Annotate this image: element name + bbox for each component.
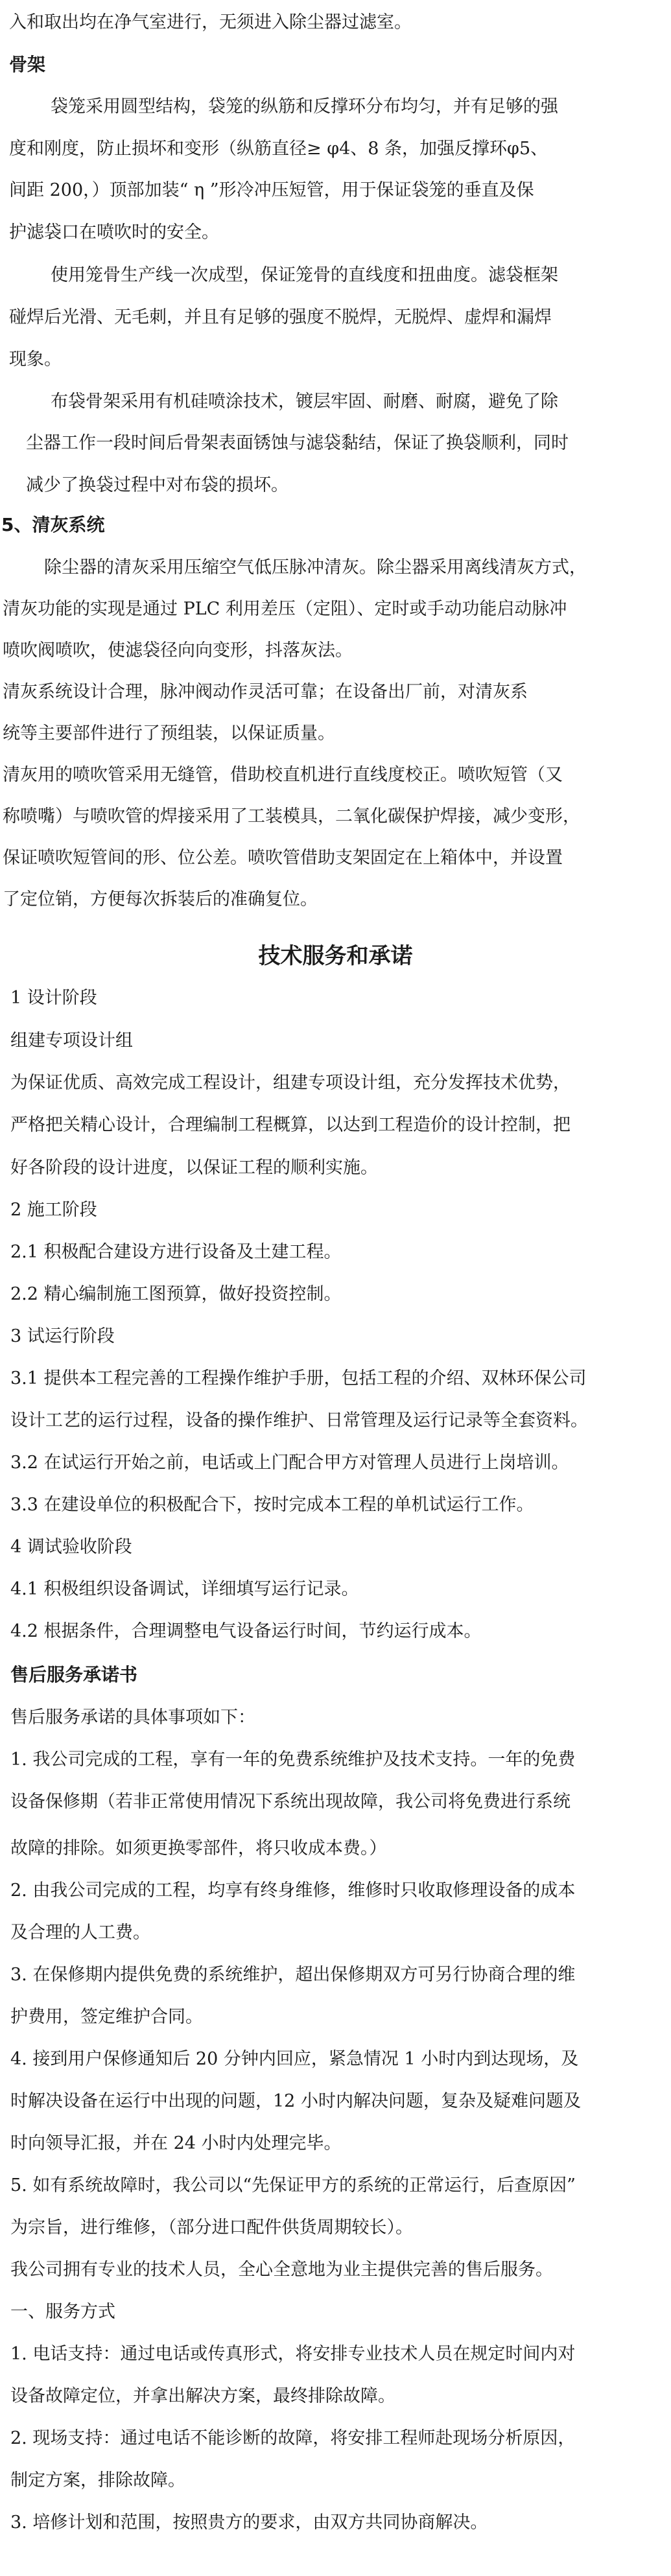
- after-sales-line: 设备故障定位，并拿出解决方案，最终排除故障。: [10, 2385, 395, 2408]
- after-sales-line: 4. 接到用户保修通知后 20 分钟内回应，紧急情况 1 小时内到达现场，及: [10, 2048, 578, 2071]
- paragraph-line: 间距 200，）顶部加装“ η ”形冷冲压短管，用于保证袋笼的垂直及保: [9, 179, 534, 202]
- paragraph-line: 清灰用的喷吹管采用无缝管，借助校直机进行直线度校正。喷吹短管（又: [3, 764, 563, 787]
- service-line: 好各阶段的设计进度，以保证工程的顺利实施。: [10, 1156, 378, 1180]
- after-sales-line: 2. 现场支持：通过电话不能诊断的故障，将安排工程师赴现场分析原因，: [10, 2427, 575, 2450]
- section-heading-after-sales: 售后服务承诺书: [10, 1663, 137, 1687]
- after-sales-line: 1. 电话支持：通过电话或传真形式，将安排专业技术人员在规定时间内对: [10, 2343, 575, 2366]
- service-line: 2.2 精心编制施工图预算，做好投资控制。: [10, 1283, 342, 1306]
- paragraph-line: 除尘器的清灰采用压缩空气低压脉冲清灰。除尘器采用离线清灰方式，: [44, 556, 587, 580]
- section-heading-frame: 、骨架: [0, 53, 45, 76]
- after-sales-line: 5. 如有系统故障时，我公司以“先保证甲方的系统的正常运行，后查原因”: [10, 2174, 576, 2197]
- service-line: 4.2 根据条件，合理调整电气设备运行时间，节约运行成本。: [10, 1620, 482, 1643]
- after-sales-line: 护费用，签定维护合同。: [10, 2006, 203, 2029]
- service-line: 为保证优质、高效完成工程设计，组建专项设计组，充分发挥技术优势，: [10, 1071, 571, 1095]
- service-line: 2 施工阶段: [10, 1199, 97, 1222]
- paragraph-line: 护滤袋口在喷吹时的安全。: [9, 221, 219, 244]
- service-line: 3.3 在建设单位的积极配合下，按时完成本工程的单机试运行工作。: [10, 1493, 534, 1517]
- service-line: 3.2 在试运行开始之前，电话或上门配合甲方对管理人员进行上岗培训。: [10, 1451, 569, 1475]
- paragraph-line: 袋笼采用圆型结构，袋笼的纵筋和反撑环分布均匀，并有足够的强: [51, 95, 558, 119]
- after-sales-line: 制定方案，排除故障。: [10, 2469, 185, 2492]
- paragraph-line: 喷吹阀喷吹，使滤袋径向向变形，抖落灰法。: [3, 639, 353, 662]
- after-sales-line: 3. 在保修期内提供免费的系统维护，超出保修期双方可另行协商合理的维: [10, 1963, 575, 1987]
- paragraph-line: 减少了换袋过程中对布袋的损坏。: [26, 474, 288, 497]
- paragraph-line: 清灰功能的实现是通过 PLC 利用差压（定阻）、定时或手动功能启动脉冲: [3, 598, 567, 621]
- paragraph-line: 了定位销，方便每次拆装后的准确复位。: [3, 888, 318, 911]
- service-line: 1 设计阶段: [10, 987, 97, 1010]
- section-heading-cleaning: 5、清灰系统: [1, 513, 104, 537]
- after-sales-line: 3. 培修计划和范围，按照贵方的要求，由双方共同协商解决。: [10, 2511, 488, 2535]
- continuation-text: 入和取出均在净气室进行，无须进入除尘器过滤室。: [9, 11, 412, 34]
- paragraph-line: 度和刚度，防止损坏和变形（纵筋直径≥ φ4、8 条，加强反撑环φ5、: [9, 137, 548, 161]
- paragraph-line: 保证喷吹短管间的形、位公差。喷吹管借助支架固定在上箱体中，并设置: [3, 847, 563, 870]
- service-line: 严格把关精心设计，合理编制工程概算，以达到工程造价的设计控制，把: [10, 1114, 571, 1137]
- service-line: 4 调试验收阶段: [10, 1536, 132, 1559]
- paragraph-line: 使用笼骨生产线一次成型，保证笼骨的直线度和扭曲度。滤袋框架: [51, 264, 558, 287]
- service-line: 2.1 积极配合建设方进行设备及土建工程。: [10, 1241, 342, 1264]
- service-line: 设计工艺的运行过程，设备的操作维护、日常管理及运行记录等全套资料。: [10, 1409, 588, 1433]
- after-sales-line: 2. 由我公司完成的工程，均享有终身维修，维修时只收取修理设备的成本: [10, 1879, 575, 1903]
- after-sales-line: 时向领导汇报，并在 24 小时内处理完毕。: [10, 2132, 342, 2155]
- paragraph-line: 现象。: [9, 348, 62, 371]
- after-sales-line: 售后服务承诺的具体事项如下：: [10, 1706, 255, 1729]
- section-title-service: 技术服务和承诺: [0, 942, 671, 970]
- after-sales-line: 及合理的人工费。: [10, 1921, 150, 1945]
- after-sales-line: 为宗旨，进行维修，（部分进口配件供货周期较长）。: [10, 2216, 413, 2240]
- after-sales-line: 设备保修期（若非正常使用情况下系统出现故障，我公司将免费进行系统: [10, 1790, 571, 1814]
- paragraph-line: 布袋骨架采用有机硅喷涂技术，镀层牢固、耐磨、耐腐，避免了除: [51, 390, 558, 414]
- paragraph-line: 尘器工作一段时间后骨架表面锈蚀与滤袋黏结，保证了换袋顺利，同时: [26, 432, 569, 455]
- after-sales-line: 我公司拥有专业的技术人员，全心全意地为业主提供完善的售后服务。: [10, 2258, 553, 2282]
- service-line: 4.1 积极组织设备调试，详细填写运行记录。: [10, 1578, 359, 1601]
- service-line: 3.1 提供本工程完善的工程操作维护手册，包括工程的介绍、双林环保公司: [10, 1367, 587, 1390]
- after-sales-line: 时解决设备在运行中出现的问题，12 小时内解决问题，复杂及疑难问题及: [10, 2090, 581, 2113]
- paragraph-line: 碰焊后光滑、无毛刺，并且有足够的强度不脱焊，无脱焊、虚焊和漏焊: [9, 306, 552, 329]
- after-sales-line: 一、服务方式: [10, 2301, 115, 2324]
- paragraph-line: 统等主要部件进行了预组装，以保证质量。: [3, 722, 335, 745]
- paragraph-line: 清灰系统设计合理，脉冲阀动作灵活可靠；在设备出厂前，对清灰系: [3, 681, 528, 704]
- after-sales-line: 1. 我公司完成的工程，享有一年的免费系统维护及技术支持。一年的免费: [10, 1748, 575, 1772]
- paragraph-line: 称喷嘴）与喷吹管的焊接采用了工装模具，二氧化碳保护焊接，减少变形，: [3, 805, 580, 828]
- service-line: 组建专项设计组: [10, 1029, 133, 1053]
- after-sales-line: 故障的排除。如须更换零部件，将只收成本费。）: [10, 1837, 387, 1860]
- service-line: 3 试运行阶段: [10, 1325, 115, 1348]
